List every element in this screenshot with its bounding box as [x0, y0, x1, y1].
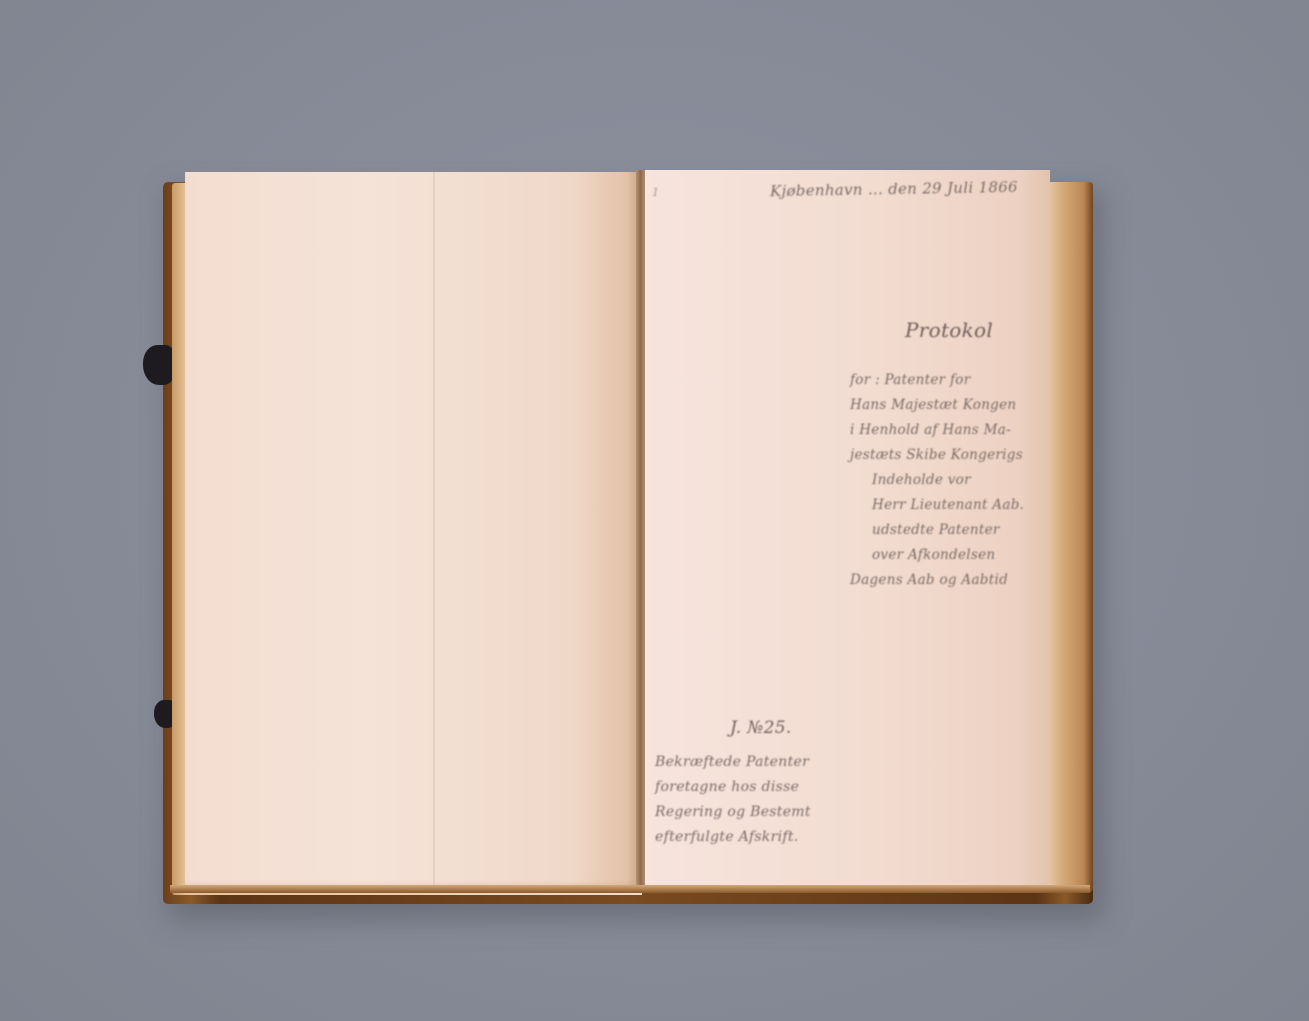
- text-line: jestæts Skibe Kongerigs: [850, 443, 1045, 468]
- cloth-tie-upper: [143, 345, 175, 385]
- text-line: udstedte Patenter: [850, 518, 1045, 543]
- margin-reference: J. №25.: [730, 718, 792, 738]
- margin-note: Bekræftede Patenter foretagne hos disse …: [655, 750, 855, 850]
- text-line: Indeholde vor: [850, 468, 1045, 493]
- text-line: Hans Majestæt Kongen: [850, 393, 1045, 418]
- text-line: Dagens Aab og Aabtid: [850, 568, 1045, 593]
- page-edge-bottom: [170, 885, 1090, 893]
- text-line: over Afkondelsen: [850, 543, 1045, 568]
- page-number: 1: [652, 186, 659, 199]
- left-page-fold: [433, 172, 435, 888]
- text-line: efterfulgte Afskrift.: [655, 825, 855, 850]
- page-title: Protokol: [905, 318, 993, 342]
- text-line: for : Patenter for: [850, 368, 1045, 393]
- text-line: i Henhold af Hans Ma-: [850, 418, 1045, 443]
- left-page: [185, 172, 640, 888]
- right-page-stack: [1048, 182, 1093, 892]
- main-text-block: for : Patenter for Hans Majestæt Kongen …: [850, 368, 1045, 593]
- text-line: Bekræftede Patenter: [655, 750, 855, 775]
- text-line: Regering og Bestemt: [655, 800, 855, 825]
- text-line: Herr Lieutenant Aab.: [850, 493, 1045, 518]
- text-line: foretagne hos disse: [655, 775, 855, 800]
